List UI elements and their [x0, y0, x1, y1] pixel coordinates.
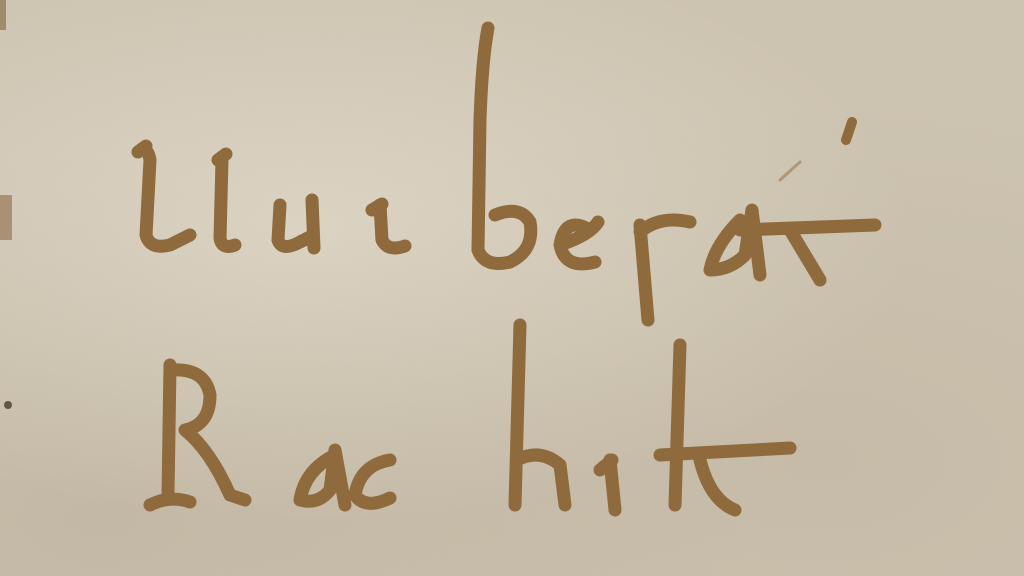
word-uuberat [138, 28, 875, 320]
accent-mark [846, 122, 852, 140]
handwritten-text [0, 0, 1024, 576]
manuscript-parchment: Uuberat Rachit [0, 0, 1024, 576]
word-rachit [150, 325, 790, 510]
